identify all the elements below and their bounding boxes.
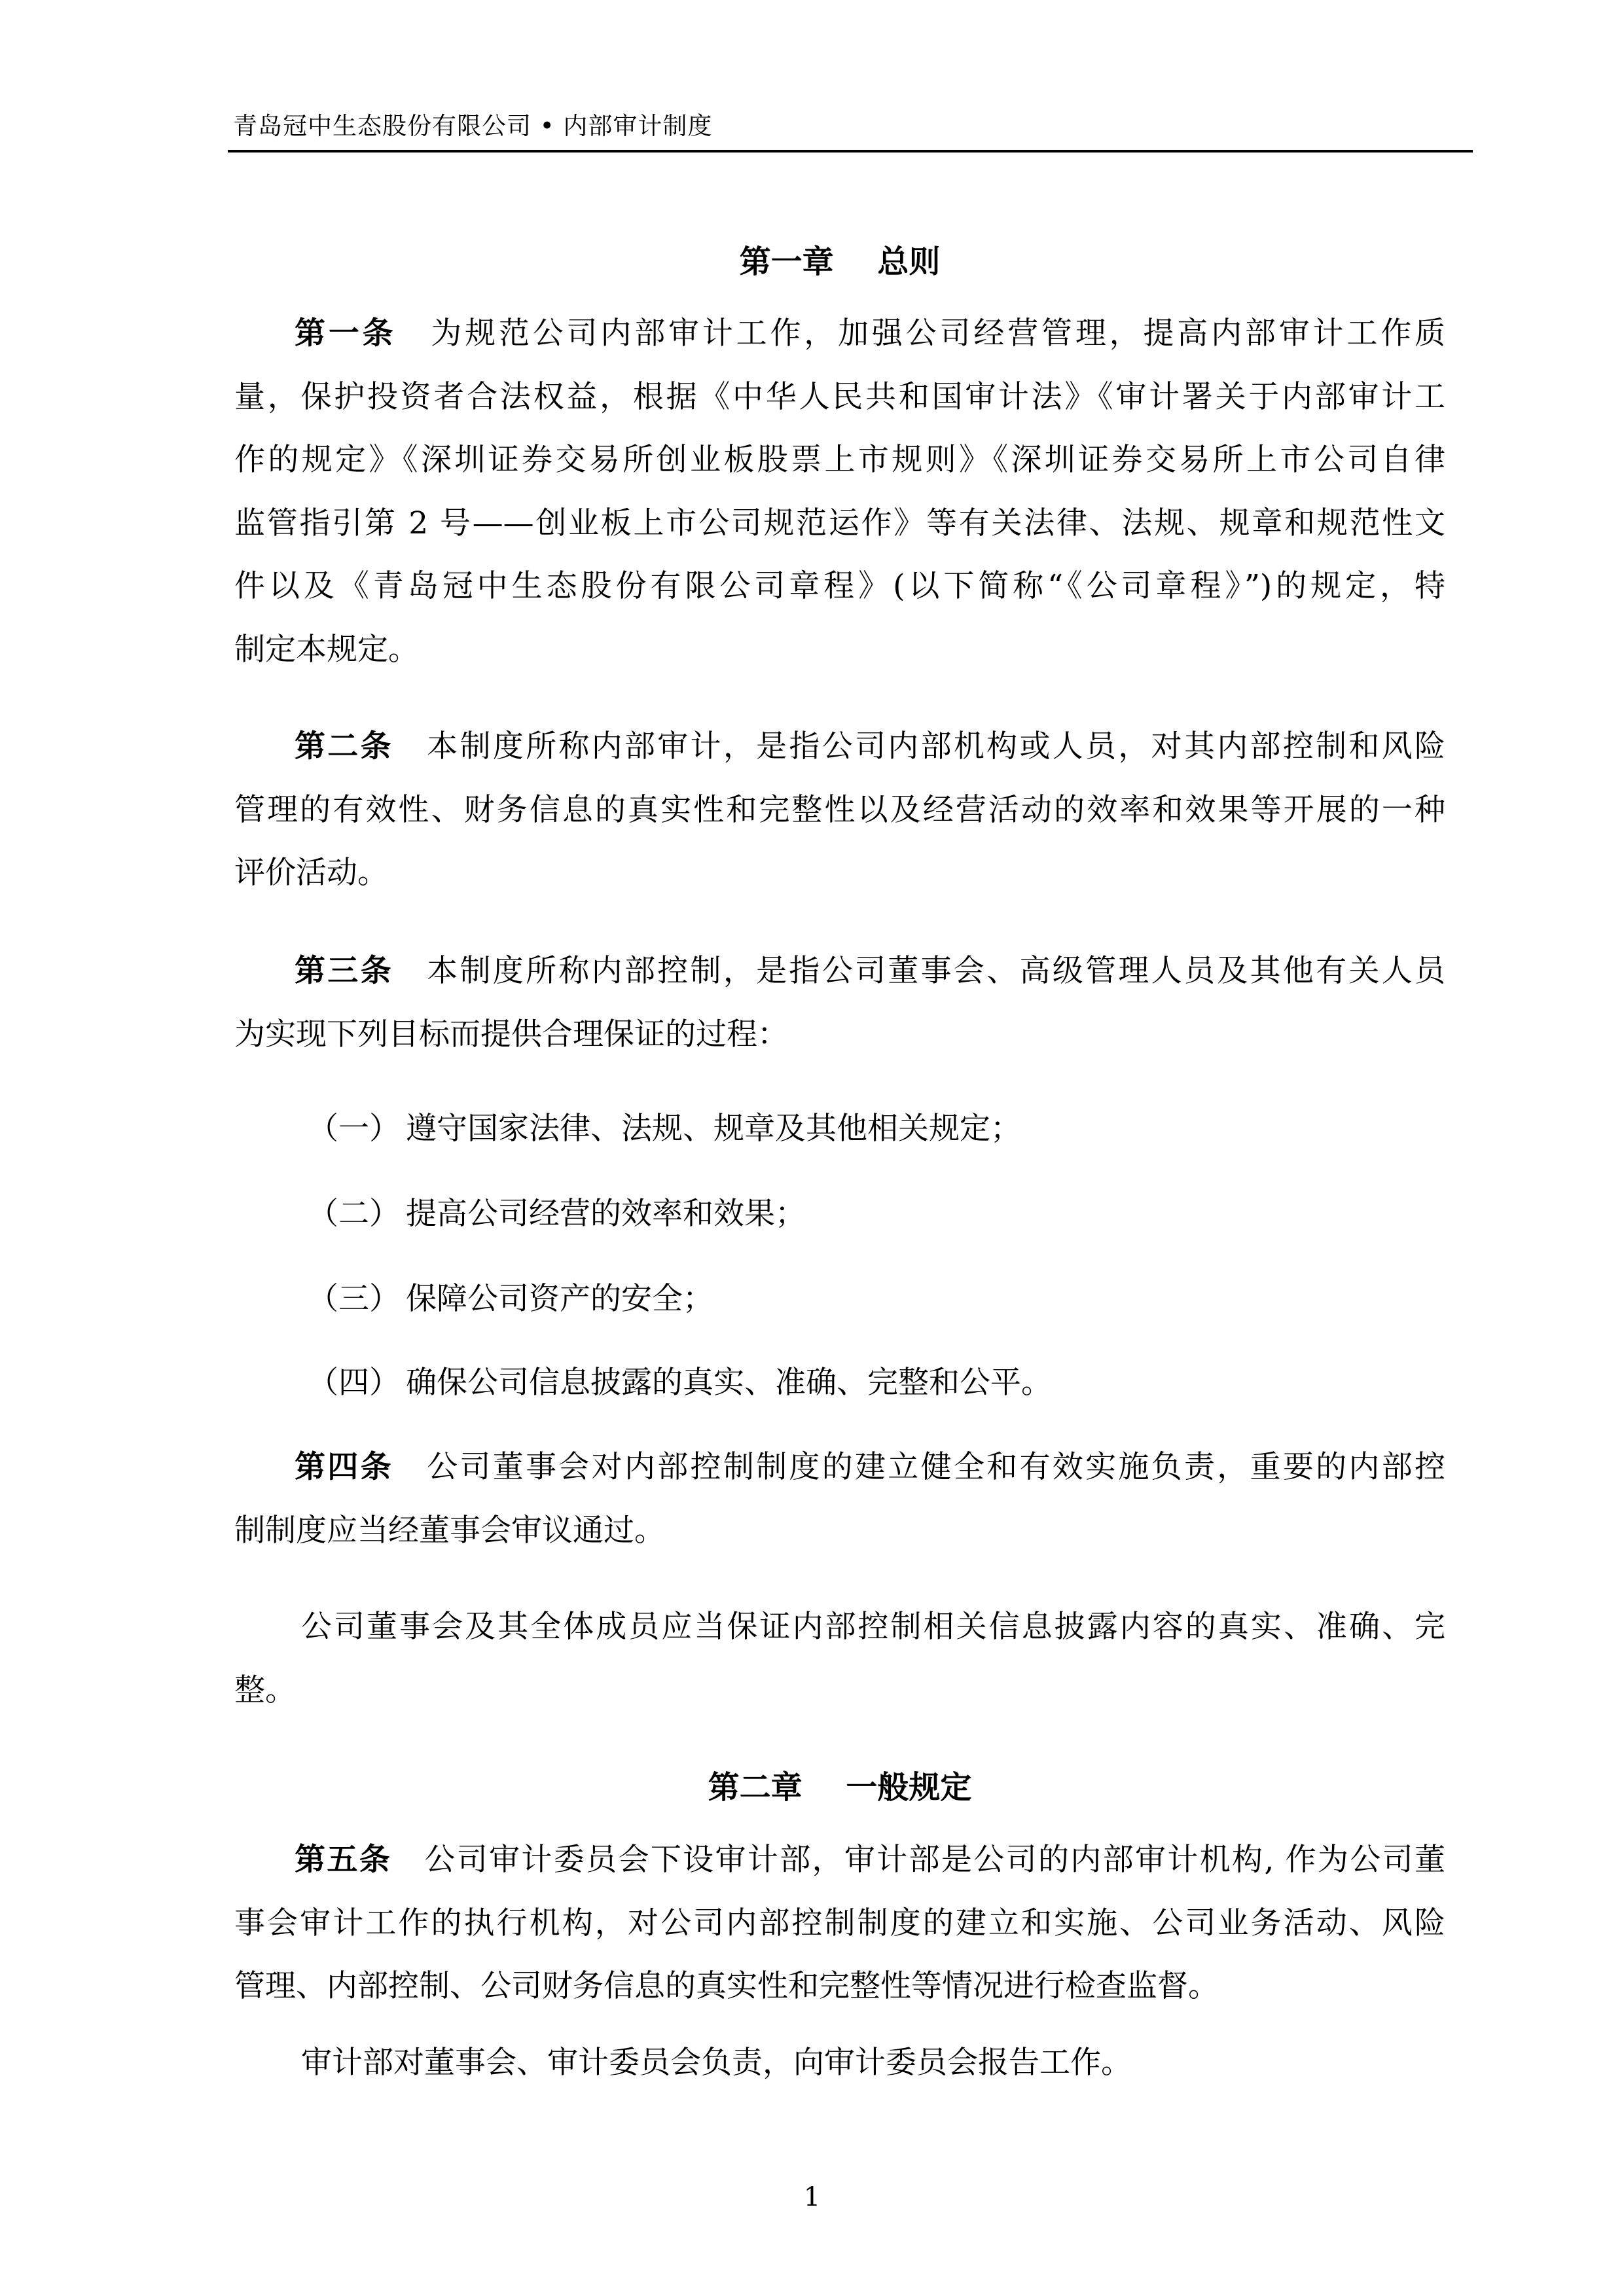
article-text: 公司审计委员会下设审计部，审计部是公司的内部审计机构, 作为公司董 <box>423 1842 1445 1878</box>
article-text: 本制度所称内部审计，是指公司内部机构或人员，对其内部控制和风险 <box>425 728 1445 764</box>
list-text: 遵守国家法律、法规、规章及其他相关规定； <box>406 1111 1021 1147</box>
article-label: 第四条 <box>295 1449 393 1485</box>
article-text: 本制度所称内部控制，是指公司董事会、高级管理人员及其他有关人员 <box>425 953 1445 989</box>
article-text: 事会审计工作的执行机构，对公司内部控制制度的建立和实施、公司业务活动、风险 <box>234 1892 1445 1956</box>
article-text: 管理、内部控制、公司财务信息的真实性和完整性等情况进行检查监督。 <box>234 1955 1445 2018</box>
paragraph-text: 公司董事会及其全体成员应当保证内部控制相关信息披露内容的真实、准确、完 <box>234 1596 1445 1659</box>
article-text: 制制度应当经董事会审议通过。 <box>234 1499 1445 1563</box>
list-item: （四）确保公司信息披露的真实、准确、完整和公平。 <box>308 1363 1052 1403</box>
article-5: 第五条公司审计委员会下设审计部，审计部是公司的内部审计机构, 作为公司董 事会审… <box>234 1829 1445 2018</box>
paragraph-text: 整。 <box>234 1659 1445 1723</box>
list-item: （三）保障公司资产的安全； <box>308 1280 713 1319</box>
list-item: （一）遵守国家法律、法规、规章及其他相关规定； <box>308 1109 1021 1149</box>
article-4-paragraph: 公司董事会及其全体成员应当保证内部控制相关信息披露内容的真实、准确、完 整。 <box>234 1596 1445 1722</box>
article-text: 为规范公司内部审计工作，加强公司经营管理，提高内部审计工作质 <box>427 315 1445 351</box>
list-marker: （二） <box>308 1194 406 1234</box>
list-text: 确保公司信息披露的真实、准确、完整和公平。 <box>406 1365 1052 1401</box>
chapter-title: 第二章 一般规定 <box>234 1768 1445 1807</box>
list-marker: （一） <box>308 1109 406 1149</box>
article-3: 第三条本制度所称内部控制，是指公司董事会、高级管理人员及其他有关人员 为实现下列… <box>234 940 1445 1066</box>
page-header: 青岛冠中生态股份有限公司 • 内部审计制度 <box>228 108 1473 152</box>
page-number: 1 <box>0 2181 1624 2214</box>
article-label: 第三条 <box>295 953 393 989</box>
list-marker: （三） <box>308 1280 406 1319</box>
chapter-title: 第一章 总则 <box>234 242 1445 281</box>
paragraph-text: 审计部对董事会、审计委员会负责，向审计委员会报告工作。 <box>234 2032 1445 2095</box>
article-label: 第一条 <box>295 315 396 351</box>
article-label: 第五条 <box>295 1842 391 1878</box>
list-text: 提高公司经营的效率和效果； <box>406 1196 806 1232</box>
article-text: 件以及《青岛冠中生态股份有限公司章程》(以下简称“《公司章程》”)的规定，特 <box>234 555 1445 619</box>
list-text: 保障公司资产的安全； <box>406 1281 713 1317</box>
article-text: 为实现下列目标而提供合理保证的过程： <box>234 1003 1445 1067</box>
article-text: 量，保护投资者合法权益，根据《中华人民共和国审计法》《审计署关于内部审计工 <box>234 366 1445 429</box>
article-text: 制定本规定。 <box>234 619 1445 682</box>
article-5-paragraph: 审计部对董事会、审计委员会负责，向审计委员会报告工作。 <box>234 2032 1445 2095</box>
article-text: 监管指引第 2 号——创业板上市公司规范运作》等有关法律、法规、规章和规范性文 <box>234 492 1445 556</box>
article-text: 管理的有效性、财务信息的真实性和完整性以及经营活动的效率和效果等开展的一种 <box>234 779 1445 842</box>
article-2: 第二条本制度所称内部审计，是指公司内部机构或人员，对其内部控制和风险 管理的有效… <box>234 715 1445 905</box>
article-text: 评价活动。 <box>234 842 1445 905</box>
article-4: 第四条公司董事会对内部控制制度的建立健全和有效实施负责，重要的内部控 制制度应当… <box>234 1436 1445 1562</box>
article-text: 公司董事会对内部控制制度的建立健全和有效实施负责，重要的内部控 <box>425 1449 1445 1485</box>
list-item: （二）提高公司经营的效率和效果； <box>308 1194 806 1234</box>
article-text: 作的规定》《深圳证券交易所创业板股票上市规则》《深圳证券交易所上市公司自律 <box>234 429 1445 492</box>
header-divider <box>228 150 1473 152</box>
list-marker: （四） <box>308 1363 406 1403</box>
header-title: 青岛冠中生态股份有限公司 • 内部审计制度 <box>233 108 712 145</box>
article-label: 第二条 <box>295 728 393 764</box>
article-1: 第一条为规范公司内部审计工作，加强公司经营管理，提高内部审计工作质 量，保护投资… <box>234 302 1445 681</box>
